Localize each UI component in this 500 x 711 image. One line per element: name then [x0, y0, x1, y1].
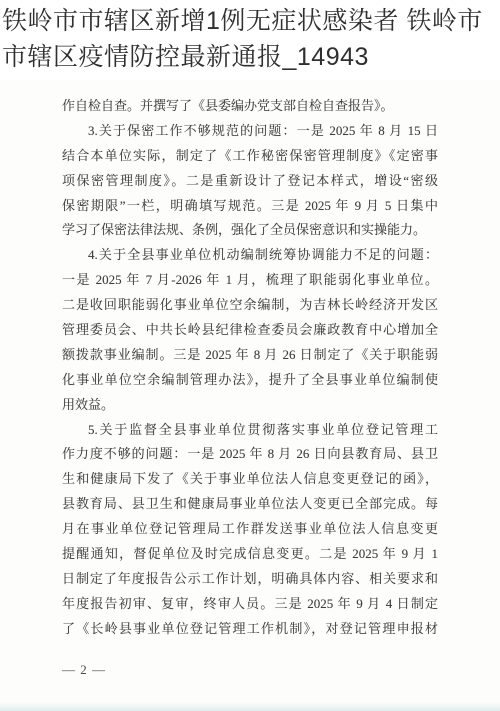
document-line: 学习了保密法律法规、条例，强化了全员保密意识和实操能力。 [62, 218, 438, 243]
document-line: 5.关于监督全县事业单位贯彻落实事业单位登记管理工 [62, 418, 438, 443]
document-line: 作力度不够的问题：一是 2025 年 8 月 26 日向县教育局、县卫 [62, 442, 438, 467]
page-number: — 2 — [62, 662, 438, 678]
document-scan: 作自检自查。并撰写了《县委编办党支部自检自查报告》。3.关于保密工作不够规范的问… [0, 80, 500, 711]
document-line: 月在事业单位登记管理局工作群发送事业单位法人信息变更 [62, 517, 438, 542]
document-body: 作自检自查。并撰写了《县委编办党支部自检自查报告》。3.关于保密工作不够规范的问… [62, 94, 438, 642]
document-line: 提醒通知，督促单位及时完成信息变更。二是 2025 年 9 月 1 [62, 542, 438, 567]
document-line: 保密期限”一栏，明确填写规范。三是 2025 年 9 月 5 日集中 [62, 194, 438, 219]
document-line: 生和健康局下发了《关于事业单位法人信息变更登记的函》， [62, 467, 438, 492]
document-line: 结合本单位实际，制定了《工作秘密保密管理制度》《定密事 [62, 144, 438, 169]
document-line: 4.关于全县事业单位机动编制统筹协调能力不足的问题： [62, 243, 438, 268]
document-line: 一是 2025 年 7 月-2026 年 1 月，梳理了职能弱化事业单位。 [62, 268, 438, 293]
document-line: 管理委员会、中共长岭县纪律检查委员会廉政教育中心增加全 [62, 318, 438, 343]
page-title: 铁岭市市辖区新增1例无症状感染者 铁岭市市辖区疫情防控最新通报_14943 [0, 0, 500, 80]
document-line: 了《长岭县事业单位登记管理工作机制》，对登记管理申报材 [62, 617, 438, 642]
document-line: 县教育局、县卫生和健康局事业单位法人变更已全部完成。每 [62, 492, 438, 517]
document-line: 用效益。 [62, 393, 438, 418]
document-line: 年度报告初审、复审，终审人员。三是 2025 年 9 月 4 日制定 [62, 592, 438, 617]
article-page: 铁岭市市辖区新增1例无症状感染者 铁岭市市辖区疫情防控最新通报_14943 作自… [0, 0, 500, 711]
document-line: 作自检自查。并撰写了《县委编办党支部自检自查报告》。 [62, 94, 438, 119]
document-line: 化事业单位空余编制管理办法》，提升了全县事业单位编制使 [62, 368, 438, 393]
document-line: 日制定了年度报告公示工作计划，明确具体内容、相关要求和 [62, 567, 438, 592]
document-line: 二是收回职能弱化事业单位空余编制，为吉林长岭经济开发区 [62, 293, 438, 318]
document-line: 3.关于保密工作不够规范的问题：一是 2025 年 8 月 15 日 [62, 119, 438, 144]
scan-bottom-edge [0, 702, 500, 711]
document-line: 项保密管理制度》。二是重新设计了登记本样式，增设“密级 [62, 169, 438, 194]
document-line: 额拨款事业编制。三是 2025 年 8 月 26 日制定了《关于职能弱 [62, 343, 438, 368]
